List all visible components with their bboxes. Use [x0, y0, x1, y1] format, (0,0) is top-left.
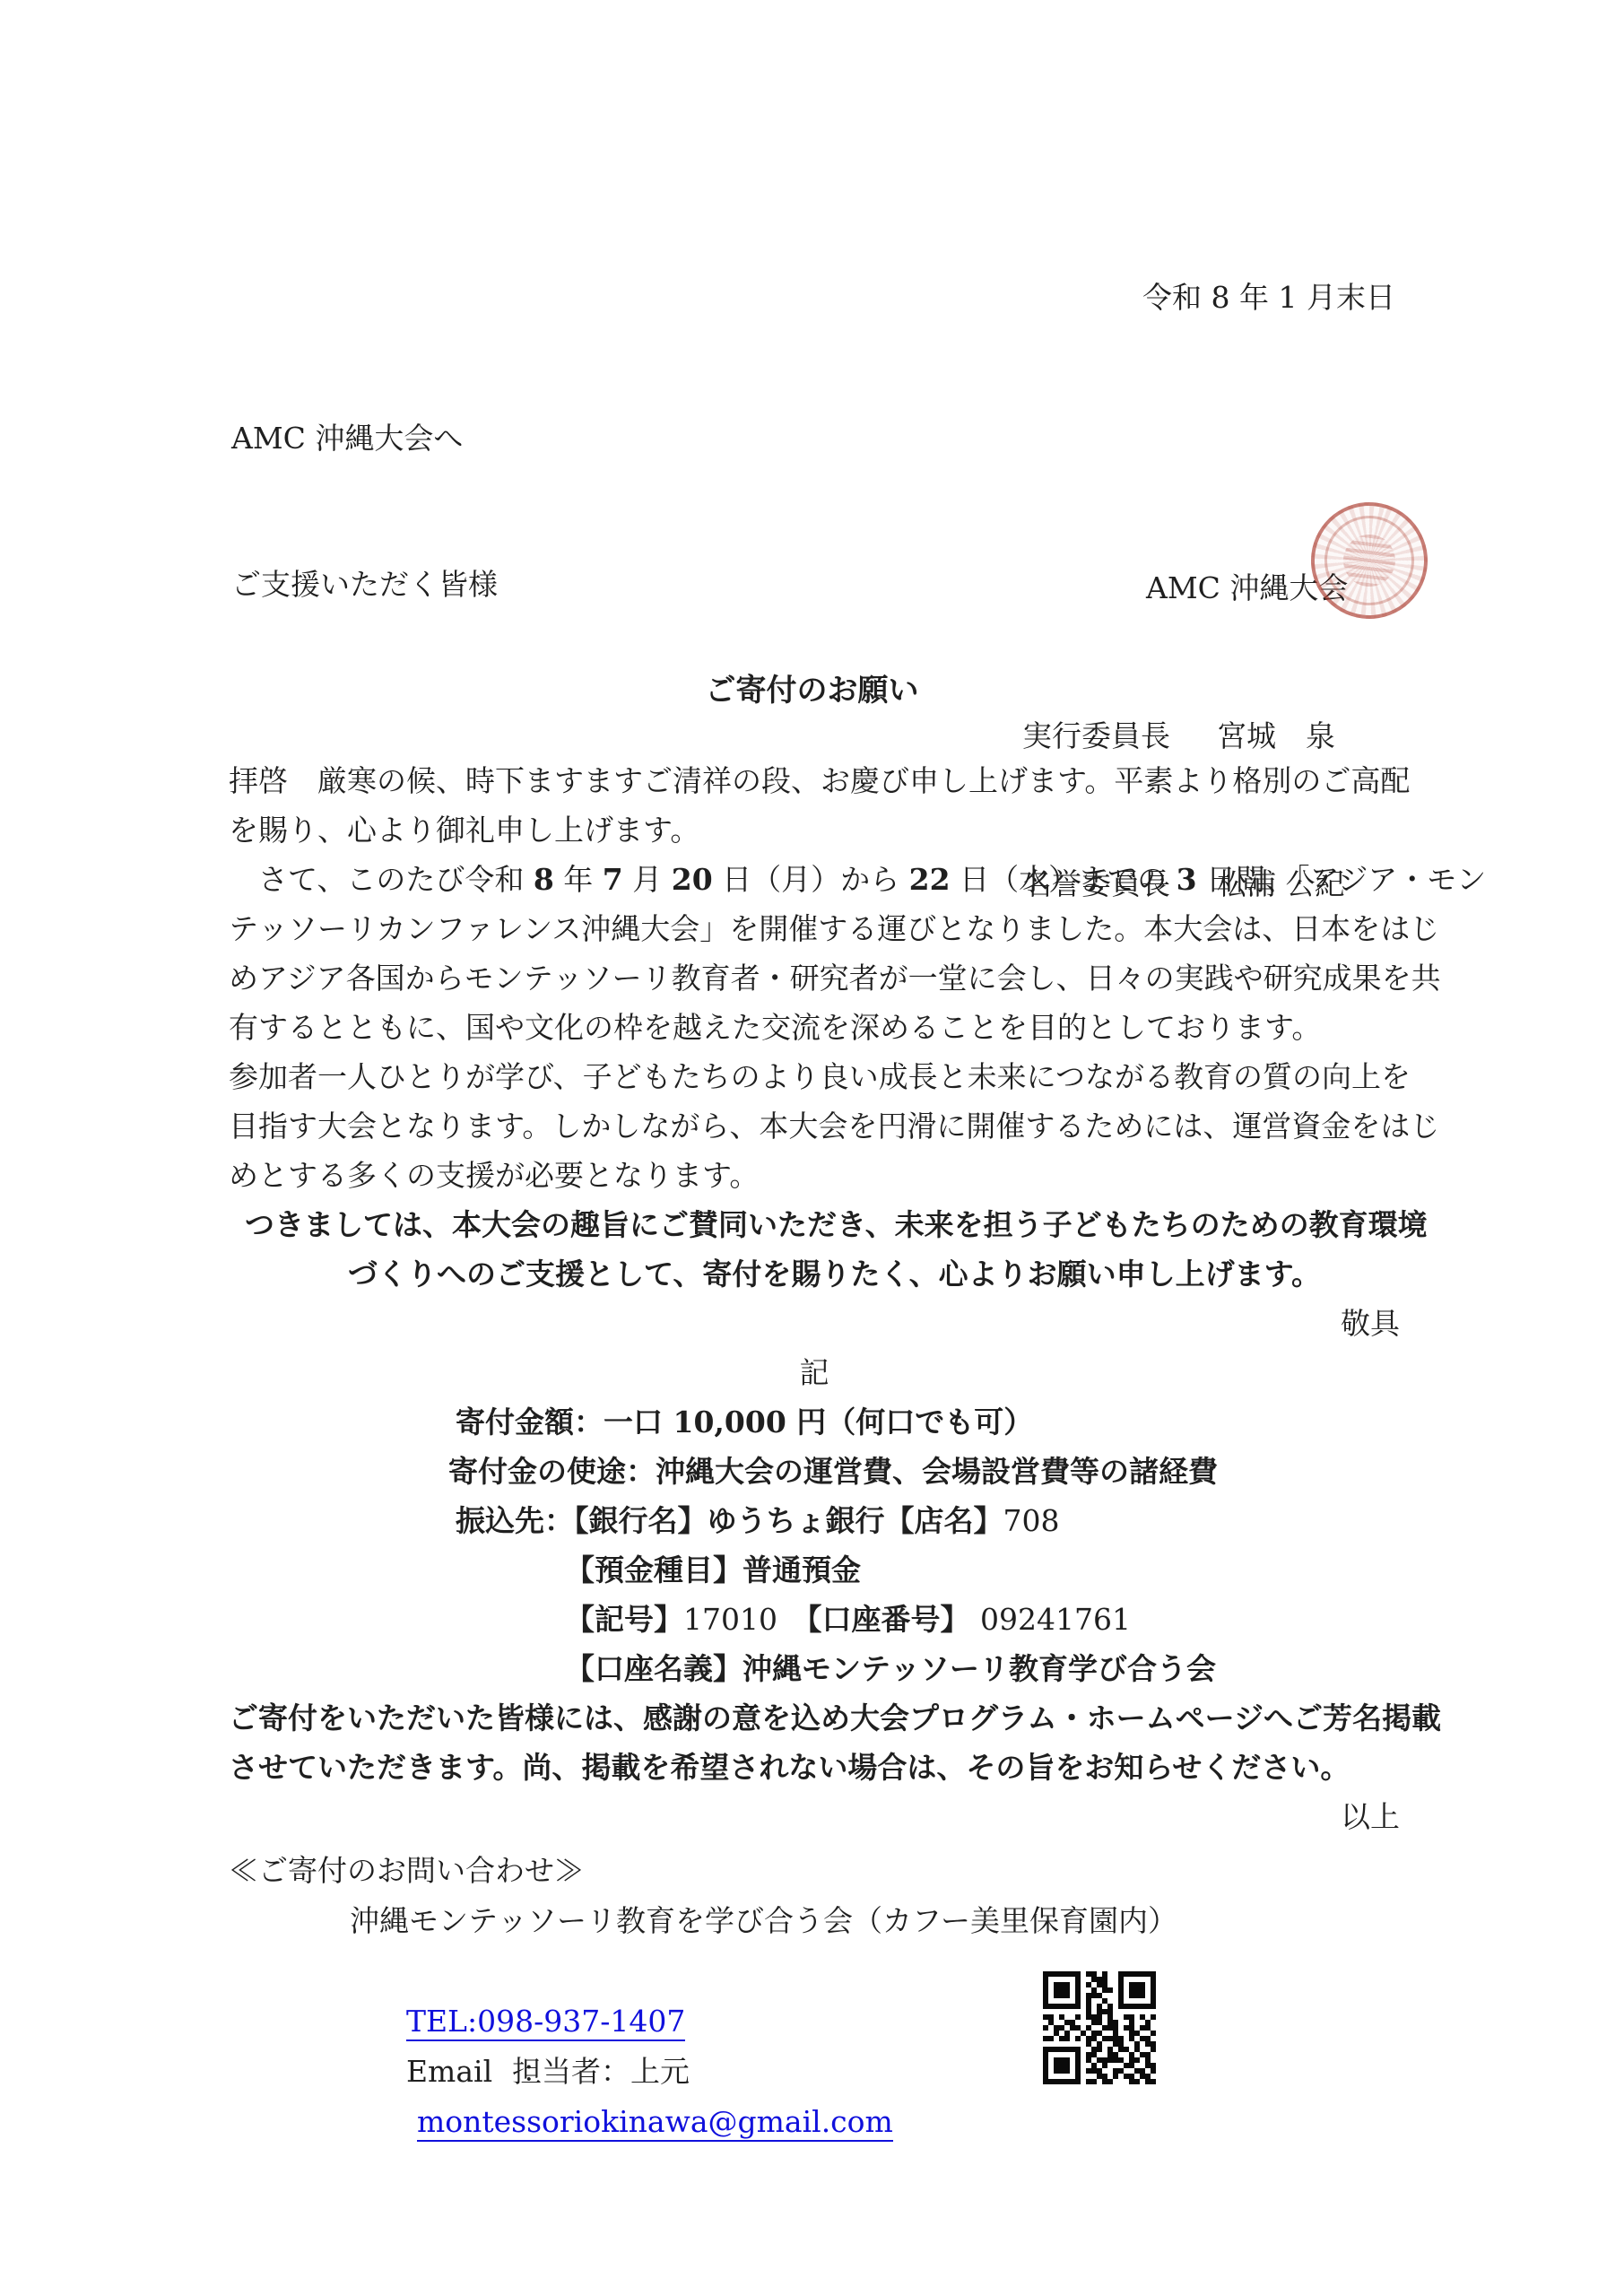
text-run: 09241761: [980, 1602, 1131, 1637]
text-run: さて、このたび令和: [229, 862, 534, 897]
text-run: 日（水）までの: [951, 862, 1177, 897]
text-run: つきましては、本大会の趣旨にご賛同いただき、未来を担う子どもたちのための教育環境: [245, 1207, 1428, 1242]
qr-code: [1043, 1971, 1156, 2084]
text-run: 17010: [683, 1602, 777, 1637]
text-run: 日間、「アジア・モン: [1197, 862, 1487, 897]
text-run: めアジア各国からモンテッソーリ教育者・研究者が一堂に会し、日々の実践や研究成果を…: [229, 961, 1441, 996]
contact-tel-row: TEL:098-937-1407 担当者：上元: [229, 1946, 1400, 1996]
sender-name: 宮城 泉: [1217, 711, 1335, 761]
body-line: めとする多くの支援が必要となります。: [229, 1151, 1400, 1200]
body-line: 記: [229, 1348, 1400, 1397]
text-run: 拝啓 厳寒の候、時下ますますご清祥の段、お慶び申し上げます。平素より格別のご高配: [229, 763, 1410, 798]
text-run: 振込先：【銀行名】ゆうちょ銀行【店名】: [456, 1503, 1003, 1538]
qr-module: [1151, 2079, 1156, 2084]
text-run: 22: [909, 862, 951, 897]
body-line: めアジア各国からモンテッソーリ教育者・研究者が一堂に会し、日々の実践や研究成果を…: [229, 953, 1400, 1003]
body-line: 有するとともに、国や文化の枠を越えた交流を深めることを目的としております。: [229, 1003, 1400, 1052]
email-label: Email ：: [406, 2054, 551, 2089]
text-run: めとする多くの支援が必要となります。: [229, 1158, 759, 1193]
body-line: テッソーリカンファレンス沖縄大会」を開催する運びとなりました。本大会は、日本をは…: [229, 904, 1400, 953]
text-run: 【預金種目】普通預金: [565, 1552, 861, 1587]
body-line: 目指す大会となります。しかしながら、本大会を円滑に開催するためには、運営資金をは…: [229, 1101, 1400, 1151]
recipient-block: AMC 沖縄大会へ ご支援いただく皆様: [231, 316, 498, 707]
text-run: 3: [1177, 862, 1197, 897]
body-line: 参加者一人ひとりが学び、子どもたちのより良い成長と未来につながる教育の質の向上を: [229, 1052, 1400, 1101]
text-run: 708: [1003, 1503, 1060, 1538]
body-line: 敬具: [229, 1299, 1400, 1348]
body-line: 拝啓 厳寒の候、時下ますますご清祥の段、お慶び申し上げます。平素より格別のご高配: [229, 756, 1400, 805]
text-run: 【口座番号】: [777, 1602, 980, 1637]
text-run: を賜り、心より御礼申し上げます。: [229, 813, 699, 848]
text-run: 年: [554, 862, 603, 897]
body-line: さて、このたび令和 8 年 7 月 20 日（月）から 22 日（水）までの 3…: [229, 855, 1400, 904]
text-run: 以上: [1341, 1799, 1400, 1834]
text-run: 7: [603, 862, 623, 897]
sender-role-row: 実行委員長 宮城 泉: [1022, 711, 1348, 761]
page-title: ご寄付のお願い: [0, 668, 1624, 713]
sender-role-label: 実行委員長: [1022, 711, 1217, 761]
text-run: 20: [672, 862, 713, 897]
body-line: 寄付金額：一口 10,000 円（何口でも可）: [229, 1397, 1400, 1447]
text-run: 日（月）から: [713, 862, 909, 897]
text-run: 寄付金の使途：沖縄大会の運営費、会場設営費等の諸経費: [448, 1454, 1218, 1489]
recipient-line: ご支援いただく皆様: [231, 561, 498, 608]
text-run: させていただきます。尚、掲載を希望されない場合は、その旨をお知らせください。: [229, 1750, 1350, 1785]
text-run: テッソーリカンファレンス沖縄大会」を開催する運びとなりました。本大会は、日本をは…: [229, 911, 1439, 946]
body-line: づくりへのご支援として、寄付を賜りたく、心よりお願い申し上げます。: [229, 1249, 1400, 1299]
contact-block: ≪ご寄付のお問い合わせ≫ 沖縄モンテッソーリ教育を学び合う会（カフー美里保育園内…: [229, 1846, 1400, 2047]
text-run: 月: [623, 862, 672, 897]
email-link[interactable]: montessoriokinawa@gmail.com: [417, 2104, 893, 2142]
body-line: 【口座名義】沖縄モンテッソーリ教育学び合う会: [229, 1644, 1400, 1693]
text-run: 有するとともに、国や文化の枠を越えた交流を深めることを目的としております。: [229, 1010, 1321, 1045]
body-line: を賜り、心より御礼申し上げます。: [229, 805, 1400, 855]
text-run: 寄付金額：一口 10,000 円（何口でも可）: [456, 1405, 1033, 1439]
body-line: 寄付金の使途：沖縄大会の運営費、会場設営費等の諸経費: [229, 1447, 1400, 1496]
body-line: 【預金種目】普通預金: [229, 1545, 1400, 1595]
contact-heading: ≪ご寄付のお問い合わせ≫: [229, 1846, 1400, 1896]
contact-org: 沖縄モンテッソーリ教育を学び合う会（カフー美里保育園内）: [229, 1896, 1400, 1946]
text-run: 参加者一人ひとりが学び、子どもたちのより良い成長と未来につながる教育の質の向上を: [229, 1059, 1411, 1094]
text-run: 記: [800, 1355, 829, 1390]
text-run: 【口座名義】沖縄モンテッソーリ教育学び合う会: [565, 1651, 1216, 1686]
text-run: 【記号】: [565, 1602, 683, 1637]
body-line: 以上: [229, 1792, 1400, 1841]
text-run: ご寄付をいただいた皆様には、感謝の意を込め大会プログラム・ホームページへご芳名掲…: [229, 1700, 1441, 1735]
body-line: ご寄付をいただいた皆様には、感謝の意を込め大会プログラム・ホームページへご芳名掲…: [229, 1693, 1400, 1743]
date-line: 令和 8 年 1 月末日: [1142, 280, 1395, 316]
text-run: 敬具: [1341, 1306, 1400, 1341]
recipient-line: AMC 沖縄大会へ: [231, 414, 498, 462]
tel-link[interactable]: TEL:098-937-1407: [406, 2004, 685, 2041]
body-line: させていただきます。尚、掲載を希望されない場合は、その旨をお知らせください。: [229, 1743, 1400, 1792]
text-run: づくりへのご支援として、寄付を賜りたく、心よりお願い申し上げます。: [348, 1257, 1321, 1291]
text-run: 目指す大会となります。しかしながら、本大会を円滑に開催するためには、運営資金をは…: [229, 1109, 1439, 1144]
letter-page: 令和 8 年 1 月末日 AMC 沖縄大会へ ご支援いただく皆様 AMC 沖縄大…: [0, 0, 1624, 2296]
body-lines: 拝啓 厳寒の候、時下ますますご清祥の段、お慶び申し上げます。平素より格別のご高配…: [229, 756, 1400, 1841]
body-line: 振込先：【銀行名】ゆうちょ銀行【店名】708: [229, 1496, 1400, 1545]
body-line: つきましては、本大会の趣旨にご賛同いただき、未来を担う子どもたちのための教育環境: [229, 1200, 1400, 1249]
body-line: 【記号】17010 【口座番号】 09241761: [229, 1595, 1400, 1644]
text-run: 8: [534, 862, 554, 897]
